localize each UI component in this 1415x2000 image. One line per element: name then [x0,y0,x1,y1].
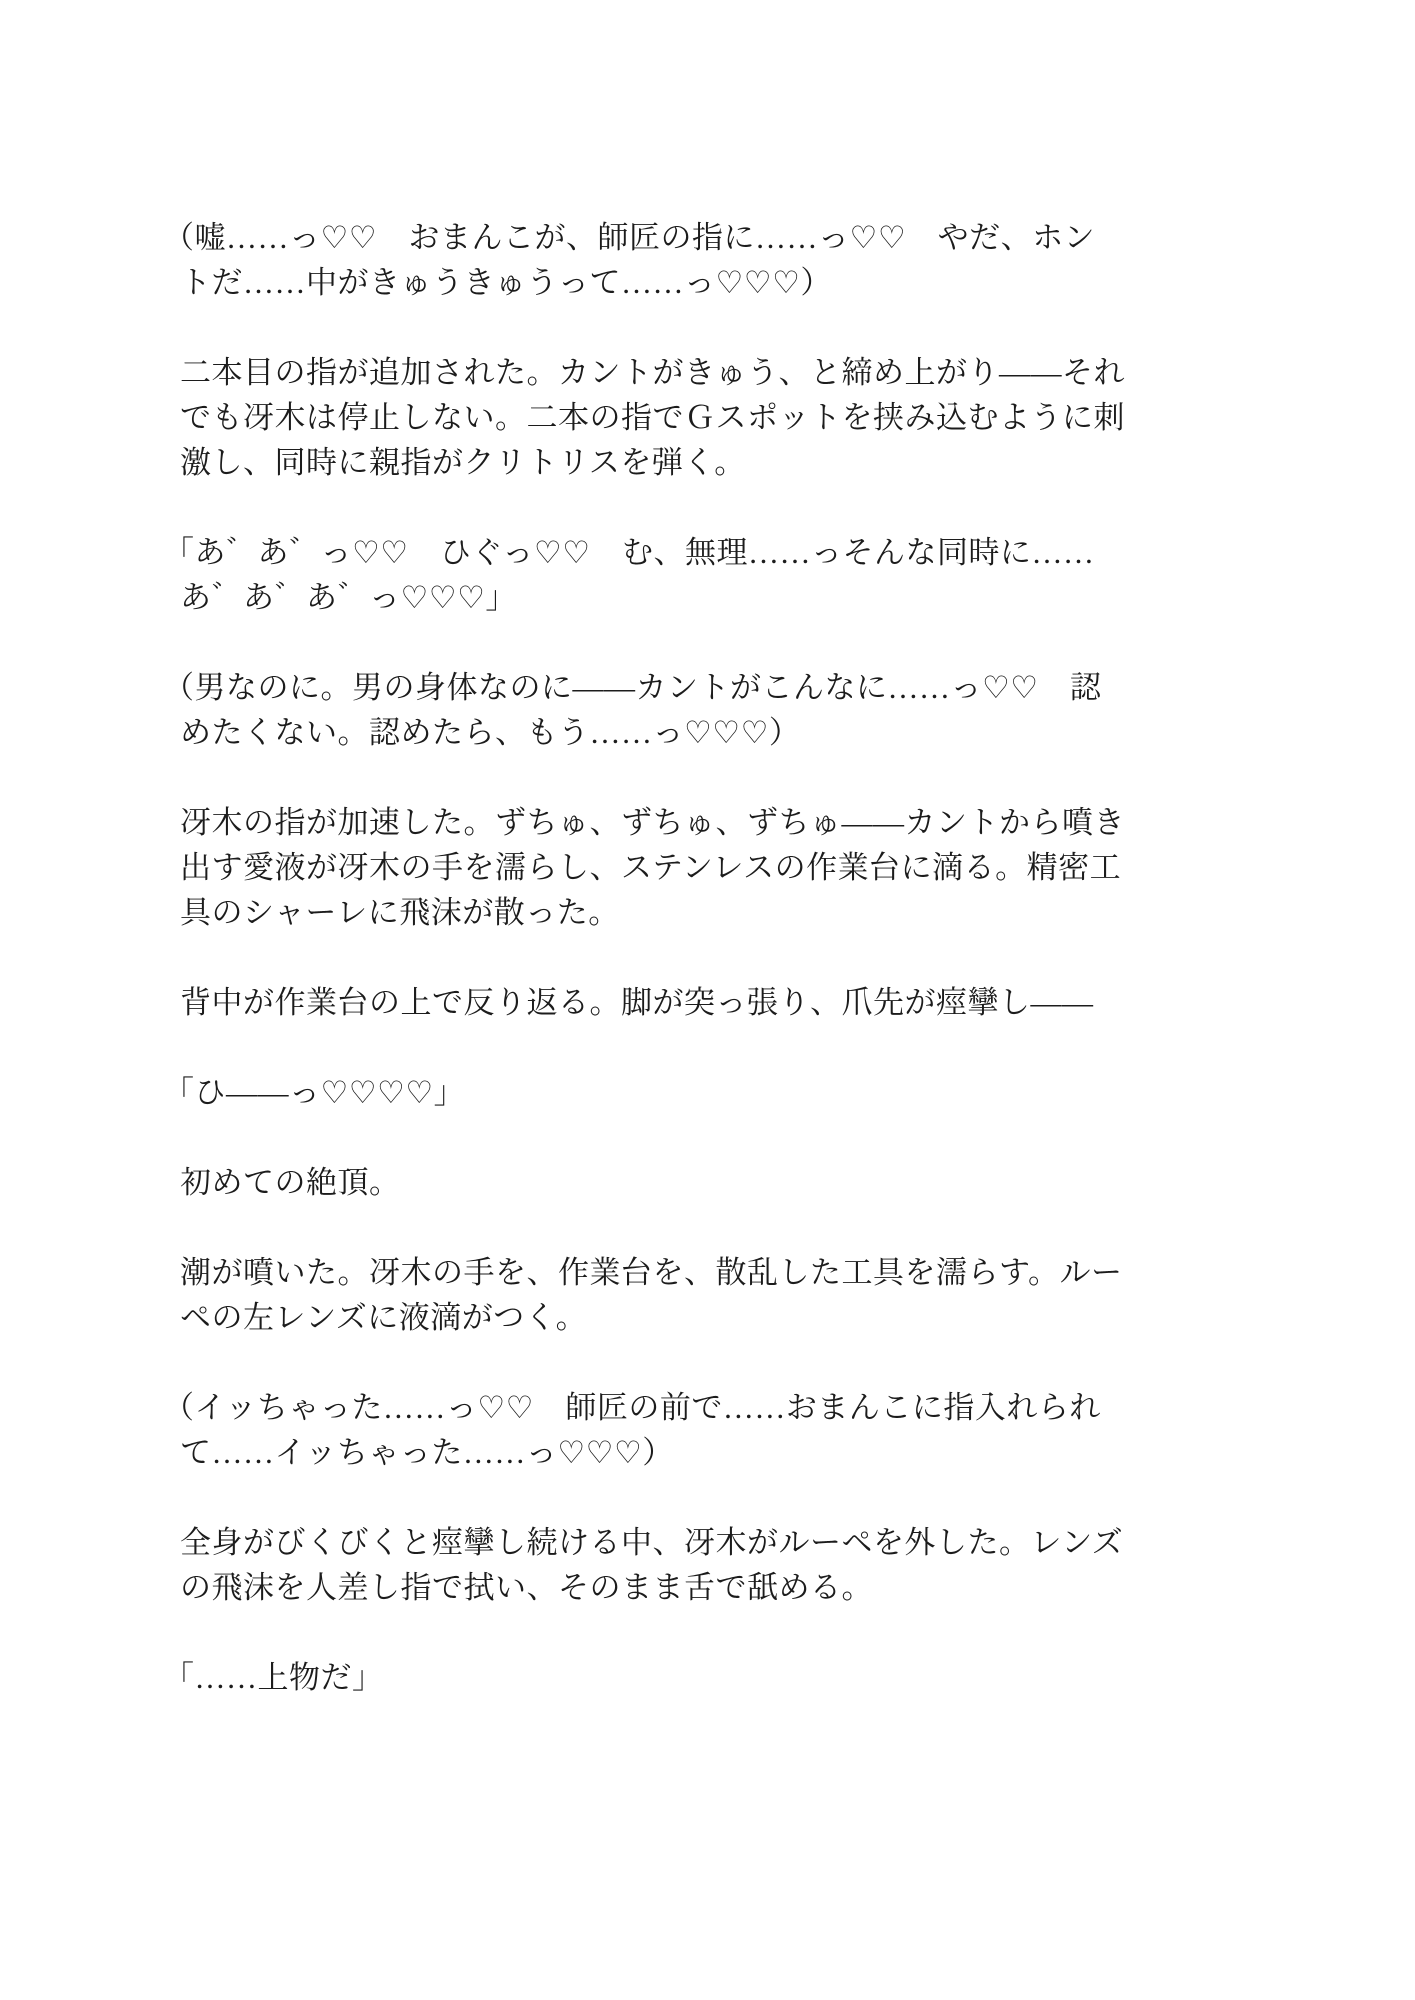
paragraph: 二本目の指が追加された。カントがきゅう、と締め上がり――それ でも冴木は停止しな… [180,350,1315,485]
text-line: の飛沫を人差し指で拭い、そのまま舌で舐める。 [180,1565,1315,1610]
text-line: 初めての絶頂。 [180,1160,1315,1205]
document-page: （嘘……っ♡♡ おまんこが、師匠の指に……っ♡♡ やだ、ホン トだ……中がきゅう… [0,0,1415,2000]
paragraph: （嘘……っ♡♡ おまんこが、師匠の指に……っ♡♡ やだ、ホン トだ……中がきゅう… [180,215,1315,305]
text-line: ペの左レンズに液滴がつく。 [180,1295,1315,1340]
paragraph: 背中が作業台の上で反り返る。脚が突っ張り、爪先が痙攣し―― [180,980,1315,1025]
text-line: トだ……中がきゅうきゅうって……っ♡♡♡） [180,260,1315,305]
text-line: あ゛あ゛あ゛っ♡♡♡」 [180,575,1315,620]
text-line: 「ひ――っ♡♡♡♡」 [180,1070,1315,1115]
text-line: 「あ゛あ゛っ♡♡ ひぐっ♡♡ む、無理……っそんな同時に…… [180,530,1315,575]
text-line: 激し、同時に親指がクリトリスを弾く。 [180,440,1315,485]
text-line: 全身がびくびくと痙攣し続ける中、冴木がルーペを外した。レンズ [180,1520,1315,1565]
text-line: 背中が作業台の上で反り返る。脚が突っ張り、爪先が痙攣し―― [180,980,1315,1025]
paragraph: （男なのに。男の身体なのに――カントがこんなに……っ♡♡ 認 めたくない。認めた… [180,665,1315,755]
text-line: 二本目の指が追加された。カントがきゅう、と締め上がり――それ [180,350,1315,395]
text-line: （イッちゃった……っ♡♡ 師匠の前で……おまんこに指入れられ [180,1385,1315,1430]
text-line: て……イッちゃった……っ♡♡♡） [180,1430,1315,1475]
text-line: 潮が噴いた。冴木の手を、作業台を、散乱した工具を濡らす。ルー [180,1250,1315,1295]
text-line: 「……上物だ」 [180,1655,1315,1700]
text-line: でも冴木は停止しない。二本の指でＧスポットを挟み込むように刺 [180,395,1315,440]
text-line: 具のシャーレに飛沫が散った。 [180,890,1315,935]
text-line: 冴木の指が加速した。ずちゅ、ずちゅ、ずちゅ――カントから噴き [180,800,1315,845]
text-line: （嘘……っ♡♡ おまんこが、師匠の指に……っ♡♡ やだ、ホン [180,215,1315,260]
text-line: （男なのに。男の身体なのに――カントがこんなに……っ♡♡ 認 [180,665,1315,710]
paragraph: 「あ゛あ゛っ♡♡ ひぐっ♡♡ む、無理……っそんな同時に…… あ゛あ゛あ゛っ♡♡… [180,530,1315,620]
paragraph: （イッちゃった……っ♡♡ 師匠の前で……おまんこに指入れられ て……イッちゃった… [180,1385,1315,1475]
paragraph: 全身がびくびくと痙攣し続ける中、冴木がルーペを外した。レンズ の飛沫を人差し指で… [180,1520,1315,1610]
paragraph: 「ひ――っ♡♡♡♡」 [180,1070,1315,1115]
paragraph: 「……上物だ」 [180,1655,1315,1700]
paragraph: 初めての絶頂。 [180,1160,1315,1205]
text-line: めたくない。認めたら、もう……っ♡♡♡） [180,710,1315,755]
paragraph: 潮が噴いた。冴木の手を、作業台を、散乱した工具を濡らす。ルー ペの左レンズに液滴… [180,1250,1315,1340]
paragraph: 冴木の指が加速した。ずちゅ、ずちゅ、ずちゅ――カントから噴き 出す愛液が冴木の手… [180,800,1315,935]
text-line: 出す愛液が冴木の手を濡らし、ステンレスの作業台に滴る。精密工 [180,845,1315,890]
